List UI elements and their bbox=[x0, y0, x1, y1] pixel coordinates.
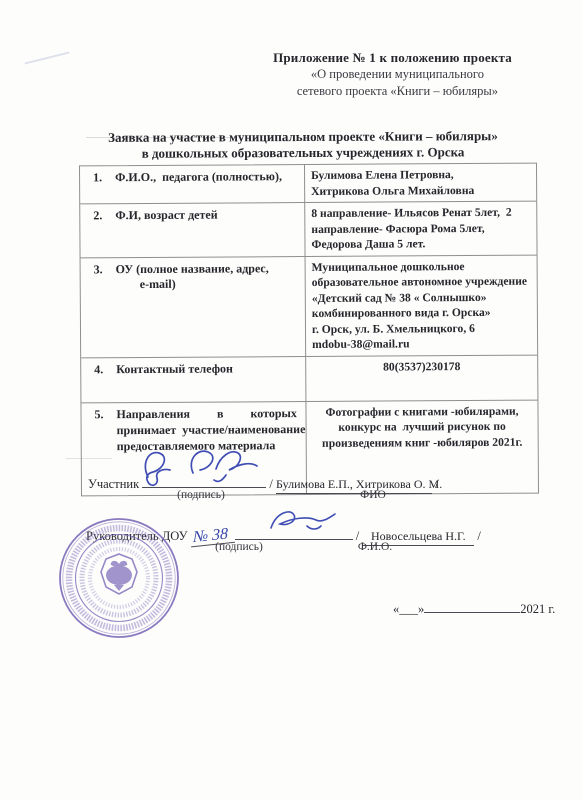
participant-signature-line bbox=[142, 472, 266, 488]
head-signature bbox=[263, 506, 359, 538]
signature-sublabel: (подпись) bbox=[156, 489, 246, 501]
page-title: Заявка на участие в муниципальном проект… bbox=[48, 128, 558, 163]
signature-sublabel: (подпись) bbox=[196, 541, 282, 553]
slash-separator: / bbox=[435, 477, 438, 491]
row-label-text: Ф.И.О., педагога (полностью), bbox=[115, 169, 282, 199]
participant-signature bbox=[138, 445, 268, 489]
slash-separator: / bbox=[477, 529, 480, 543]
date-year: 2021 г. bbox=[520, 602, 555, 616]
scanned-application-form: Приложение № 1 к положению проекта «О пр… bbox=[0, 0, 582, 800]
head-signature-line bbox=[235, 524, 353, 540]
double-headed-eagle-icon bbox=[106, 561, 132, 591]
row-label-text: Ф.И, возраст детей bbox=[115, 208, 218, 253]
header-line: «О проведении муниципального bbox=[273, 66, 484, 83]
date-day-blank: «___» bbox=[393, 602, 424, 616]
table-row-value: Булимова Елена Петровна, Хитрикова Ольга… bbox=[305, 164, 536, 203]
row-number: 1. bbox=[93, 170, 108, 199]
title-line-2: в дошкольных образовательных учреждениях… bbox=[48, 144, 558, 162]
slash-separator: / bbox=[269, 477, 272, 491]
table-row-value: 80(3537)230178 bbox=[306, 355, 537, 401]
table-row-label: 3. ОУ (полное название, адрес, e-mail) bbox=[81, 257, 307, 359]
table-row-label: 2. Ф.И, возраст детей bbox=[80, 203, 305, 258]
header-line: сетевого проекта «Книги – юбиляры» bbox=[273, 83, 498, 100]
row-label-text: Контактный телефон bbox=[116, 361, 233, 398]
date-blank-line bbox=[424, 598, 520, 613]
table-row-value: Муниципальное дошкольное образовательное… bbox=[306, 255, 538, 357]
table-row-label: 4. Контактный телефон bbox=[81, 357, 306, 403]
round-stamp bbox=[54, 514, 184, 644]
table-row-label: 1. Ф.И.О., педагога (полностью), bbox=[80, 165, 305, 204]
document-header: Приложение № 1 к положению проекта «О пр… bbox=[273, 49, 512, 100]
row-number: 3. bbox=[94, 262, 110, 353]
row-number: 4. bbox=[94, 362, 109, 398]
row-number: 2. bbox=[93, 208, 108, 253]
table-row-value: 8 направление- Ильясов Ренат 5лет, 2 нап… bbox=[305, 202, 536, 257]
header-line: Приложение № 1 к положению проекта bbox=[273, 49, 512, 66]
title-line-1: Заявка на участие в муниципальном проект… bbox=[48, 128, 558, 146]
row-label-text: ОУ (полное название, адрес, e-mail) bbox=[116, 261, 270, 353]
name-sublabel: Ф.И.О. bbox=[342, 541, 408, 553]
name-sublabel: ФИО bbox=[328, 489, 418, 501]
participant-role-label: Участник bbox=[88, 477, 139, 491]
scan-smudge bbox=[24, 51, 69, 64]
date-line: «___»2021 г. bbox=[393, 598, 555, 617]
